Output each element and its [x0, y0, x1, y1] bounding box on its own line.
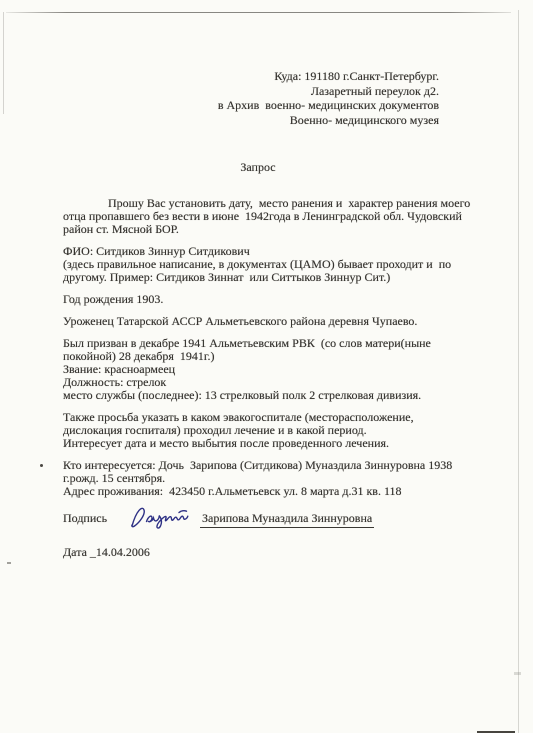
- signature-name: Зарипова Муназдила Зиннуровна: [200, 512, 374, 528]
- text-line: Год рождения 1903.: [63, 293, 475, 306]
- recipient-address-block: Куда: 191180 г.Санкт-Петербург. Лазаретн…: [218, 69, 439, 127]
- letter-body: Прошу Вас установить дату, место ранения…: [63, 197, 475, 507]
- scan-speck-right: [514, 672, 521, 675]
- scan-artifact-top-line: [6, 12, 511, 13]
- paragraph-request: Прошу Вас установить дату, место ранения…: [63, 197, 475, 236]
- paragraph-birth-year: Год рождения 1903.: [63, 293, 475, 306]
- handwritten-signature: [129, 503, 191, 538]
- recipient-museum-line: Военно- медицинского музея: [218, 113, 439, 128]
- signature-label: Подпись: [63, 512, 107, 525]
- scanned-letter-page: Куда: 191180 г.Санкт-Петербург. Лазаретн…: [0, 0, 533, 733]
- paragraph-fio: ФИО: Ситдиков Зиннур Ситдикович (здесь п…: [63, 245, 475, 284]
- recipient-street-line: Лазаретный переулок д2.: [218, 84, 439, 99]
- text-line: Уроженец Татарской АССР Альметьевского р…: [63, 315, 475, 328]
- recipient-archive-line: в Архив военно- медицинских документов: [218, 98, 439, 113]
- scan-speck-left: [7, 562, 11, 564]
- document-title: Запрос: [63, 161, 453, 174]
- paragraph-birthplace: Уроженец Татарской АССР Альметьевского р…: [63, 315, 475, 328]
- scan-artifact-right-line: [518, 10, 519, 733]
- scan-artifact-left-line: [3, 12, 4, 114]
- text-line: другому. Пример: Ситдиков Зиннат или Сит…: [63, 271, 475, 284]
- paragraph-service: Был призван в декабре 1941 Альметьевским…: [63, 337, 475, 402]
- paragraph-requester: Кто интересуется: Дочь Зарипова (Ситдико…: [63, 459, 475, 498]
- text-line: район ст. Мясной БОР.: [63, 223, 475, 236]
- text-line: место службы (последнее): 13 стрелковый …: [63, 389, 475, 402]
- recipient-city-line: Куда: 191180 г.Санкт-Петербург.: [218, 69, 439, 84]
- text-line: Адрес проживания: 423450 г.Альметьевск у…: [63, 485, 475, 498]
- text-line: Интересует дата и место выбытия после пр…: [63, 437, 475, 450]
- scan-speck-margin-dot: [40, 464, 43, 467]
- date-line: Дата _14.04.2006: [63, 546, 150, 559]
- paragraph-hospital: Также просьба указать в каком эвакогоспи…: [63, 411, 475, 450]
